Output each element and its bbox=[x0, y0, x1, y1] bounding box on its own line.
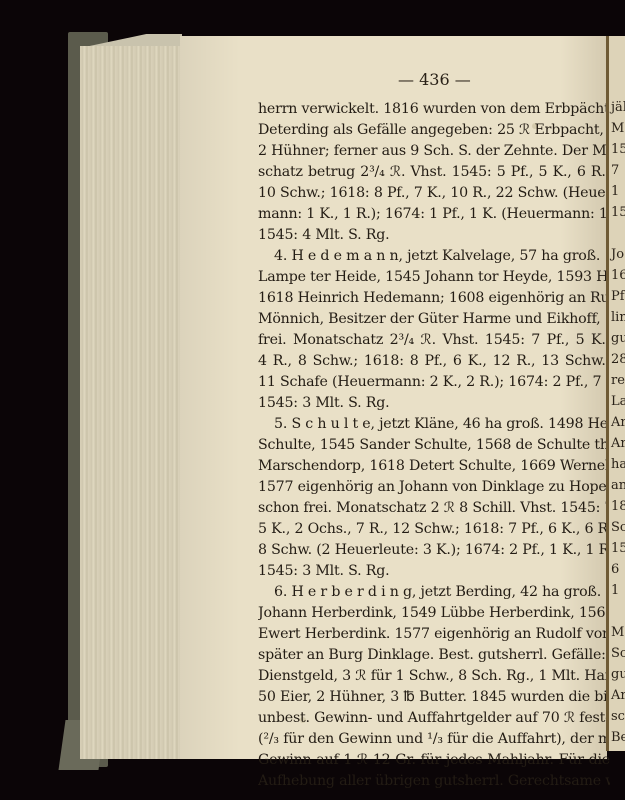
next-page-fragment: 1 bbox=[611, 583, 619, 598]
text-line: herrn verwickelt. 1816 wurden von dem Er… bbox=[258, 99, 610, 120]
text-line: frei. Monatschatz 2³/₄ ℛ. Vhst. 1545: 7 … bbox=[258, 330, 610, 351]
text-line: 10 Schw.; 1618: 8 Pf., 7 K., 10 R., 22 S… bbox=[258, 183, 610, 204]
text-line: 5. S c h u l t e, jetzt Kläne, 46 ha gro… bbox=[258, 414, 610, 435]
next-page-edge: jähM157115Jo16Pflingu28renLaArArhaan18Sc… bbox=[609, 36, 625, 751]
text-line: 1577 eigenhörig an Johann von Dinklage z… bbox=[258, 477, 610, 498]
next-page-fragment: Sc bbox=[611, 520, 625, 535]
text-line: Aufhebung aller übrigen gutsherrl. Gerec… bbox=[258, 771, 610, 792]
text-line: 5 K., 2 Ochs., 7 R., 12 Schw.; 1618: 7 P… bbox=[258, 519, 610, 540]
text-line: 8 Schw. (2 Heuerleute: 3 K.); 1674: 2 Pf… bbox=[258, 540, 610, 561]
page-number: — 436 — bbox=[398, 70, 471, 89]
text-line: mann: 1 K., 1 R.); 1674: 1 Pf., 1 K. (He… bbox=[258, 204, 610, 225]
text-line: Deterding als Gefälle angegeben: 25 ℛ Er… bbox=[258, 120, 610, 141]
text-line: schon frei. Monatschatz 2 ℛ 8 Schill. Vh… bbox=[258, 498, 610, 519]
next-page-fragment: lin bbox=[611, 310, 625, 325]
next-page-fragment: ha bbox=[611, 457, 625, 472]
text-line: Lampe ter Heide, 1545 Johann tor Heyde, … bbox=[258, 267, 610, 288]
text-line: 4 R., 8 Schw.; 1618: 8 Pf., 6 K., 12 R.,… bbox=[258, 351, 610, 372]
next-page-fragment: M bbox=[611, 121, 624, 136]
next-page-fragment: gu bbox=[611, 667, 625, 682]
next-page-fragment: jäh bbox=[611, 100, 625, 115]
text-line: 1545: 3 Mlt. S. Rg. bbox=[258, 393, 610, 414]
text-line: Johann Herberdink, 1549 Lübbe Herberdink… bbox=[258, 603, 610, 624]
next-page-fragment: M bbox=[611, 625, 624, 640]
next-page-fragment: La bbox=[611, 394, 625, 409]
next-page-fragment: 7 bbox=[611, 163, 619, 178]
text-line: Ewert Herberdink. 1577 eigenhörig an Rud… bbox=[258, 624, 610, 645]
text-line: Mönnich, Besitzer der Güter Harme und Ei… bbox=[258, 309, 610, 330]
text-line: 1545: 3 Mlt. S. Rg. bbox=[258, 561, 610, 582]
text-line: Marschendorp, 1618 Detert Schulte, 1669 … bbox=[258, 456, 610, 477]
next-page-fragment: 18 bbox=[611, 499, 625, 514]
next-page-fragment: Pf bbox=[611, 289, 625, 304]
next-page-fragment: 1 bbox=[611, 184, 619, 199]
next-page-fragment: sch bbox=[611, 709, 625, 724]
text-line: 1618 Heinrich Hedemann; 1608 eigenhörig … bbox=[258, 288, 610, 309]
text-line: Schulte, 1545 Sander Schulte, 1568 de Sc… bbox=[258, 435, 610, 456]
text-line: 11 Schafe (Heuermann: 2 K., 2 R.); 1674:… bbox=[258, 372, 610, 393]
text-line: Gewinn auf 1 ℛ 12 Gr. für jedes Mahljahr… bbox=[258, 750, 610, 771]
text-line: später an Burg Dinklage. Best. gutsherrl… bbox=[258, 645, 610, 666]
text-line: 1545: 4 Mlt. S. Rg. bbox=[258, 225, 610, 246]
next-page-fragment: 6 bbox=[611, 562, 619, 577]
next-page-fragment: Be bbox=[611, 730, 625, 745]
text-line: (²/₃ für den Gewinn und ¹/₃ für die Auff… bbox=[258, 729, 610, 750]
next-page-fragment: 15 bbox=[611, 205, 625, 220]
next-page-fragment: Sc bbox=[611, 646, 625, 661]
text-line: unbest. Gewinn- und Auffahrtgelder auf 7… bbox=[258, 708, 610, 729]
text-line: 4. H e d e m a n n, jetzt Kalvelage, 57 … bbox=[258, 246, 610, 267]
next-page-fragment: Ar bbox=[611, 415, 625, 430]
text-line: Dienstgeld, 3 ℛ für 1 Schw., 8 Sch. Rg.,… bbox=[258, 666, 610, 687]
next-page-fragment: 15 bbox=[611, 142, 625, 157]
text-line: 50 Eier, 2 Hühner, 3 ℔ Butter. 1845 wurd… bbox=[258, 687, 610, 708]
next-page-fragment: 16 bbox=[611, 268, 625, 283]
next-page-fragment: 15 bbox=[611, 541, 625, 556]
page-stack bbox=[80, 46, 182, 759]
next-page-fragment: 28 bbox=[611, 352, 625, 367]
body-text: herrn verwickelt. 1816 wurden von dem Er… bbox=[258, 99, 610, 792]
next-page-fragment: an bbox=[611, 478, 625, 493]
next-page-fragment: gu bbox=[611, 331, 625, 346]
text-line: schatz betrug 2³/₄ ℛ. Vhst. 1545: 5 Pf.,… bbox=[258, 162, 610, 183]
next-page-fragment: ren bbox=[611, 373, 625, 388]
text-line: 6. H e r b e r d i n g, jetzt Berding, 4… bbox=[258, 582, 610, 603]
next-page-fragment: Ar bbox=[611, 436, 625, 451]
text-line: 2 Hühner; ferner aus 9 Sch. S. der Zehnt… bbox=[258, 141, 610, 162]
next-page-fragment: Ar bbox=[611, 688, 625, 703]
next-page-fragment: Jo bbox=[611, 247, 624, 262]
